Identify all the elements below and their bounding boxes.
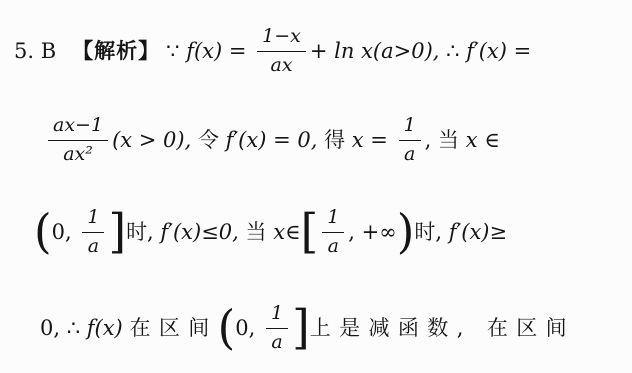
fraction-numerator: 1 — [322, 206, 344, 233]
text-get: 得 — [324, 127, 352, 153]
plus-ln-term: + ln x(a>0), — [310, 38, 446, 64]
interval-lower-bound: 0, — [52, 219, 79, 245]
text-is-decreasing-function: 上是减函数, — [310, 315, 487, 341]
derivative-nonnegative: f′(x)≥ — [449, 219, 507, 245]
x-equals: x = — [352, 127, 395, 153]
text-shi: 时, — [126, 219, 160, 245]
plus-infinity: , +∞ — [348, 219, 396, 245]
fraction-numerator: 1−x — [257, 25, 306, 52]
solution-line-1: 5. B 【解析】 ∵ f(x) = 1−x ax + ln x(a>0), ∴… — [14, 16, 531, 86]
close-bracket: ] — [292, 305, 310, 352]
interval-lower-bound: 0, — [235, 315, 262, 341]
open-paren: ( — [34, 209, 52, 256]
document-page: 5. B 【解析】 ∵ f(x) = 1−x ax + ln x(a>0), ∴… — [0, 0, 632, 373]
text-on-interval: 在区间 — [487, 315, 575, 341]
open-paren: ( — [218, 305, 236, 352]
text-when: 当 — [246, 219, 274, 245]
because-symbol: ∵ — [166, 38, 186, 64]
zero-therefore: 0, ∴ — [40, 315, 87, 341]
fraction-numerator: 1 — [399, 114, 421, 141]
therefore-symbol: ∴ — [446, 38, 466, 64]
analysis-label: 【解析】 — [72, 38, 160, 64]
fraction-one-over-a: 1 a — [399, 114, 421, 167]
fraction-denominator: a — [266, 329, 288, 355]
open-bracket: [ — [301, 209, 319, 256]
derivative-nonpositive: f′(x)≤0, — [160, 219, 245, 245]
close-bracket: ] — [108, 209, 126, 256]
derivative-lhs: f′(x) = — [466, 38, 531, 64]
text-on-interval: 在区间 — [129, 315, 217, 341]
text-when: 当 — [438, 127, 466, 153]
fraction-denominator: ax — [257, 52, 306, 78]
fraction-one-over-a: 1 a — [82, 206, 104, 259]
solution-line-4: 0, ∴ f(x) 在区间 ( 0, 1 a ] 上是减函数, 在区间 — [40, 290, 575, 366]
fraction-numerator: ax−1 — [48, 114, 108, 141]
solution-line-3: ( 0, 1 a ] 时, f′(x)≤0, 当 x∈ [ 1 a , +∞ )… — [34, 194, 507, 270]
problem-number: 5. B — [14, 38, 56, 64]
fraction-denominator: a — [322, 233, 344, 259]
comma: , — [425, 127, 438, 153]
fraction-denominator: ax² — [48, 141, 108, 167]
solution-line-2: ax−1 ax² (x > 0), 令 f′(x) = 0, 得 x = 1 a… — [44, 102, 500, 178]
fraction-one-over-a: 1 a — [266, 302, 288, 355]
fraction-ax-minus-1-over-ax-squared: ax−1 ax² — [48, 114, 108, 167]
x-element-of: x∈ — [273, 219, 300, 245]
fraction-numerator: 1 — [82, 206, 104, 233]
derivative-equals-zero: f′(x) = 0, — [226, 127, 324, 153]
fraction-denominator: a — [399, 141, 421, 167]
text-shi: 时, — [414, 219, 448, 245]
x-element-of: x ∈ — [466, 127, 500, 153]
close-paren: ) — [397, 209, 415, 256]
function-reference: f(x) — [87, 315, 130, 341]
fraction-one-over-a: 1 a — [322, 206, 344, 259]
domain-condition: (x > 0), — [112, 127, 198, 153]
function-definition: f(x) = — [186, 38, 253, 64]
fraction-numerator: 1 — [266, 302, 288, 329]
text-let: 令 — [198, 127, 226, 153]
fraction-1-minus-x-over-ax: 1−x ax — [257, 25, 306, 78]
fraction-denominator: a — [82, 233, 104, 259]
